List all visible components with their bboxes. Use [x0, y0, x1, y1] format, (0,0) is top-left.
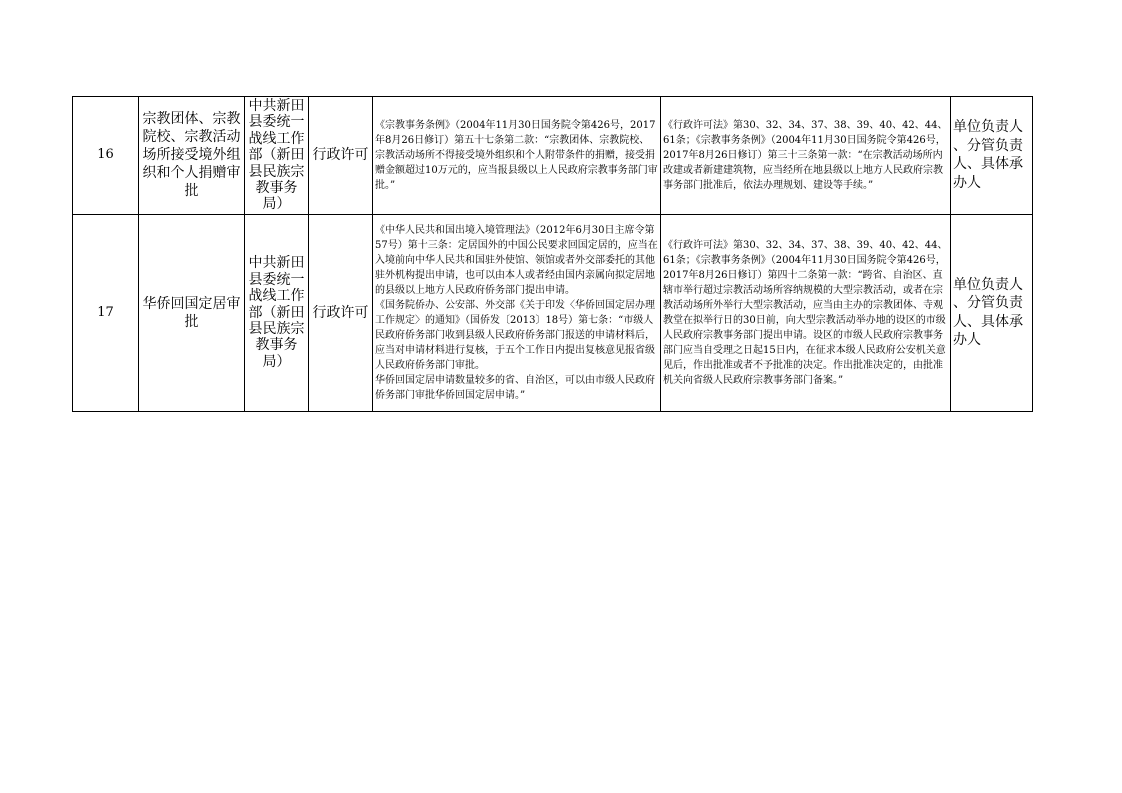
- responsible-persons-cell: 单位负责人、分管负责人、具体承办人: [951, 214, 1033, 411]
- legal-basis-cell: 《宗教事务条例》（2004年11月30日国务院令第426号，2017年8月26日…: [373, 97, 661, 215]
- item-name-cell: 宗教团体、宗教院校、宗教活动场所接受境外组织和个人捐赠审批: [139, 97, 245, 215]
- basis-paragraph: 《国务院侨办、公安部、外交部《关于印发〈华侨回国定居办理工作规定〉的通知》（国侨…: [375, 298, 658, 373]
- agency-cell: 中共新田县委统一战线工作部（新田县民族宗教事务局）: [245, 214, 309, 411]
- basis-paragraph: 《行政许可法》第30、32、34、37、38、39、40、42、44、61条；《…: [663, 238, 948, 388]
- responsible-persons-cell: 单位负责人、分管负责人、具体承办人: [951, 97, 1033, 215]
- document-page: 16 宗教团体、宗教院校、宗教活动场所接受境外组织和个人捐赠审批 中共新田县委统…: [0, 0, 1122, 793]
- agency-cell: 中共新田县委统一战线工作部（新田县民族宗教事务局）: [245, 97, 309, 215]
- secondary-basis-cell: 《行政许可法》第30、32、34、37、38、39、40、42、44、61条；《…: [661, 97, 951, 215]
- seq-cell: 17: [73, 214, 139, 411]
- table-row-item-16: 16 宗教团体、宗教院校、宗教活动场所接受境外组织和个人捐赠审批 中共新田县委统…: [73, 97, 1033, 215]
- basis-paragraph: 《中华人民共和国出境入境管理法》（2012年6月30日主席令第57号）第十三条：…: [375, 223, 658, 298]
- permit-items-table: 16 宗教团体、宗教院校、宗教活动场所接受境外组织和个人捐赠审批 中共新田县委统…: [72, 96, 1033, 412]
- legal-basis-cell: 《中华人民共和国出境入境管理法》（2012年6月30日主席令第57号）第十三条：…: [373, 214, 661, 411]
- secondary-basis-cell: 《行政许可法》第30、32、34、37、38、39、40、42、44、61条；《…: [661, 214, 951, 411]
- basis-paragraph: 《宗教事务条例》（2004年11月30日国务院令第426号，2017年8月26日…: [375, 118, 658, 193]
- seq-cell: 16: [73, 97, 139, 215]
- item-name-cell: 华侨回国定居审批: [139, 214, 245, 411]
- basis-paragraph: 《行政许可法》第30、32、34、37、38、39、40、42、44、61条；《…: [663, 118, 948, 193]
- table-row-item-17: 17 华侨回国定居审批 中共新田县委统一战线工作部（新田县民族宗教事务局） 行政…: [73, 214, 1033, 411]
- power-type-cell: 行政许可: [309, 214, 373, 411]
- table-sheet: 16 宗教团体、宗教院校、宗教活动场所接受境外组织和个人捐赠审批 中共新田县委统…: [72, 96, 1033, 412]
- power-type-cell: 行政许可: [309, 97, 373, 215]
- basis-paragraph: 华侨回国定居申请数量较多的省、自治区，可以由市级人民政府侨务部门审批华侨回国定居…: [375, 373, 658, 403]
